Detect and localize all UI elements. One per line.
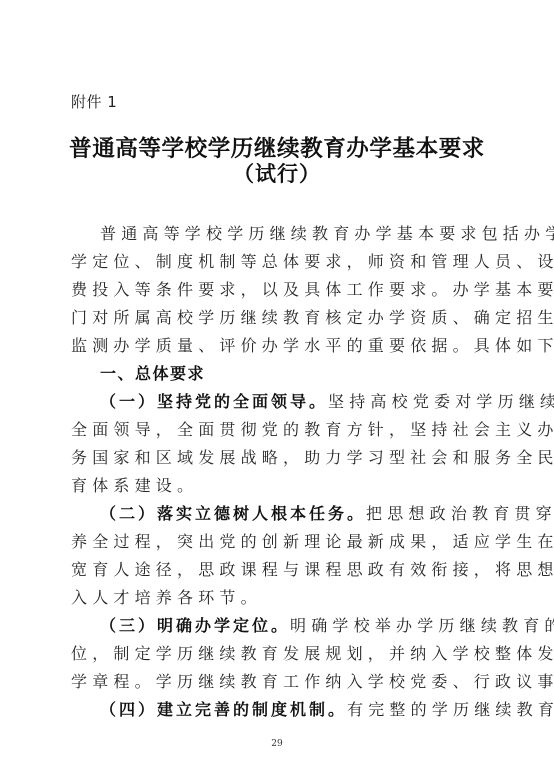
- attachment-label: 附件 1: [71, 91, 117, 112]
- document-subtitle: （试行）: [0, 158, 554, 188]
- item-line: 学章程。学历继续教育工作纳入学校党委、行政议事议程。: [71, 668, 491, 696]
- page-number: 29: [0, 739, 554, 749]
- item-line: 养全过程，突出党的创新理论最新成果，适应学生在职特点，拓: [71, 528, 491, 556]
- item-line: 育体系建设。: [71, 472, 491, 500]
- item-first-line: （一）坚持党的全面领导。坚持高校党委对学历继续教育的: [71, 388, 491, 416]
- item-text: 坚持高校党委对学历继续教育的: [328, 392, 554, 411]
- item-first-line: （三）明确办学定位。明确学校举办学历继续教育的办学定: [71, 612, 491, 640]
- document-page: 附件 1 普通高等学校学历继续教育办学基本要求 （试行） 普通高等学校学历继续教…: [0, 0, 554, 783]
- section-heading: 一、总体要求: [71, 360, 491, 388]
- item-first-line: （二）落实立德树人根本任务。把思想政治教育贯穿人才培: [71, 500, 491, 528]
- item-lead: （二）落实立德树人根本任务。: [100, 504, 366, 523]
- item-text: 把思想政治教育贯穿人才培: [366, 504, 554, 523]
- item-lead: （四）建立完善的制度机制。: [100, 700, 347, 719]
- intro-line: 普通高等学校学历继续教育办学基本要求包括办学方向、办: [71, 220, 491, 248]
- item-text: 明确学校举办学历继续教育的办学定: [290, 616, 554, 635]
- item-line: 全面领导，全面贯彻党的教育方针，坚持社会主义办学方向，服: [71, 416, 491, 444]
- intro-line: 学定位、制度机制等总体要求，师资和管理人员、设施资源、经: [71, 248, 491, 276]
- item-lead: （三）明确办学定位。: [100, 616, 290, 635]
- item-line: 务国家和区域发展战略，助力学习型社会和服务全民终身学习教: [71, 444, 491, 472]
- item-lead: （一）坚持党的全面领导。: [100, 392, 328, 411]
- item-text: 有完整的学历继续教育制度机: [347, 700, 554, 719]
- intro-line: 监测办学质量、评价办学水平的重要依据。具体如下：: [71, 332, 491, 360]
- intro-line: 门对所属高校学历继续教育核定办学资质、确定招生计划上限、: [71, 304, 491, 332]
- document-body: 普通高等学校学历继续教育办学基本要求包括办学方向、办 学定位、制度机制等总体要求…: [71, 220, 491, 724]
- item-first-line: （四）建立完善的制度机制。有完整的学历继续教育制度机: [71, 696, 491, 724]
- item-line: 入人才培养各环节。: [71, 584, 491, 612]
- item-line: 位，制定学历继续教育发展规划，并纳入学校整体发展规划和大: [71, 640, 491, 668]
- intro-line: 费投入等条件要求，以及具体工作要求。办学基本要求是有关部: [71, 276, 491, 304]
- item-line: 宽育人途径，思政课程与课程思政有效衔接，将思想政治教育融: [71, 556, 491, 584]
